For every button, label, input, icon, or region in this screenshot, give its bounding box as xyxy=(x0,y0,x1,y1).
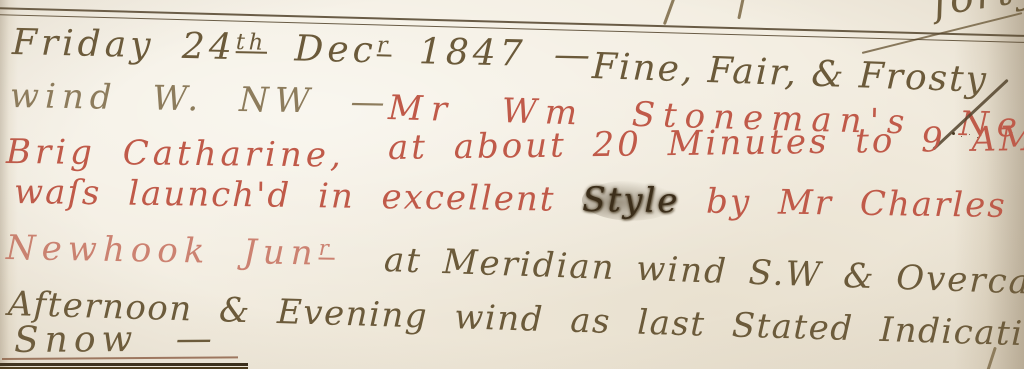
flourish-tail xyxy=(932,79,1008,150)
owner-name: Mr Wm Stoneman's New xyxy=(387,88,1024,147)
launch-text: waſs launch'd in excellent xyxy=(14,172,583,220)
builder-name: Newhook Junr xyxy=(6,228,335,274)
entry-weather: Fine, Fair, & Frosty xyxy=(591,46,988,101)
ink-specks xyxy=(952,132,955,135)
evening-weather: Afternoon & Evening wind as last Stated … xyxy=(7,284,1024,356)
date-month: Dec xyxy=(267,28,378,71)
wind-note: wind W. NW — xyxy=(10,76,391,123)
bottom-rule xyxy=(0,363,248,366)
stray-pen-stroke xyxy=(663,0,676,25)
builder-text: Newhook Jun xyxy=(6,228,319,273)
snow-underline xyxy=(2,356,238,360)
prev-entry-fragment: forty xyxy=(929,0,1024,26)
date-year: 1847 — xyxy=(391,31,594,77)
snow-note: Snow — xyxy=(14,318,218,361)
ink-blot-word: Style xyxy=(582,180,680,221)
launch-time: at about 20 Minutes to 9 AM, xyxy=(388,119,1024,168)
launch-text: by Mr Charles xyxy=(679,181,1007,226)
entry-date: Friday 24th Decr 1847 — xyxy=(12,22,595,76)
month-abbrev: r xyxy=(377,32,392,58)
stray-pen-stroke xyxy=(737,0,745,19)
top-rule xyxy=(0,7,1024,44)
launch-description: waſs launch'd in excellent Style by Mr C… xyxy=(14,172,1007,226)
manuscript-page: forty Friday 24th Decr 1847 — Fine, Fair… xyxy=(0,0,1024,369)
stray-pen-stroke xyxy=(986,347,996,369)
date-text: Friday 24 xyxy=(12,22,237,68)
builder-suffix: r xyxy=(318,235,335,260)
vessel-name: Brig Catharine, xyxy=(6,132,345,176)
meridian-weather: at Meridian wind S.W & Overcast xyxy=(383,240,1024,304)
date-ordinal: th xyxy=(236,29,268,56)
